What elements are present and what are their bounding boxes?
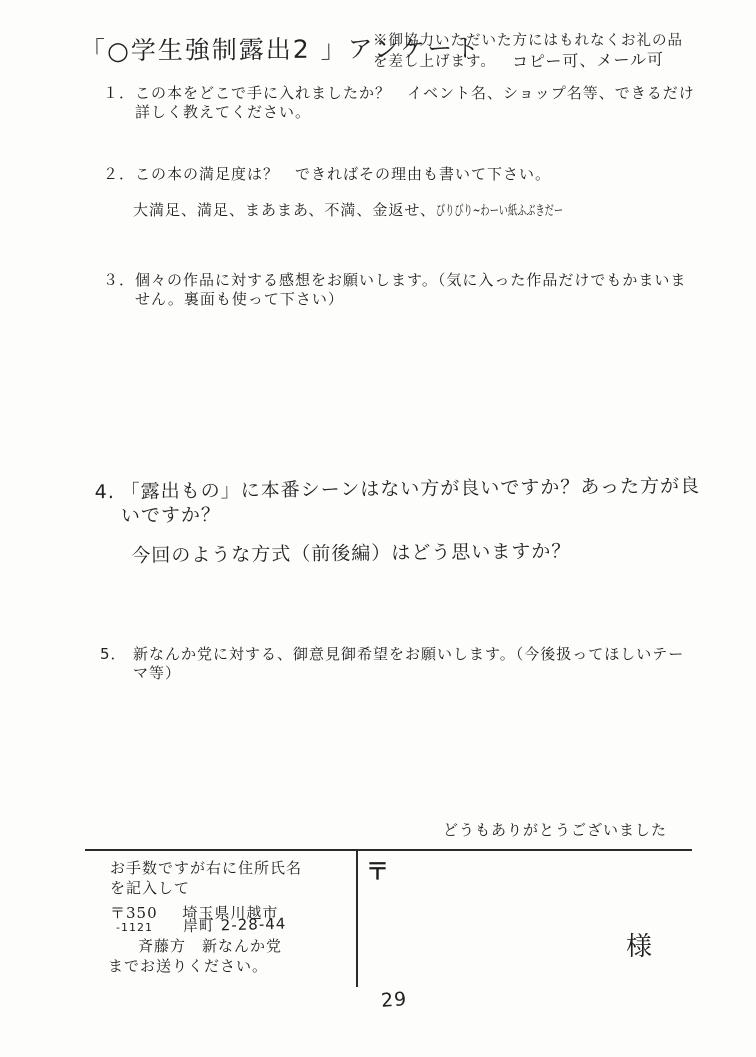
mailing-instruction: お手数ですが右に住所氏名 を記入して <box>110 858 302 898</box>
street-handwritten: 岸町 2-28-44 <box>183 913 287 937</box>
reward-note-handwritten: コピー可、メール可 <box>512 50 664 73</box>
reward-note: ※御協力いただいた方にはもれなくお礼の品 を差し上げます。コピー可、メール可 <box>373 31 693 72</box>
question-3-text: 個々の作品に対する感想をお願いします。（気に入った作品だけでもかまいません。裏面… <box>135 271 695 309</box>
question-2-text: この本の満足度は？ できればその理由も書いて下さい。 <box>135 165 695 184</box>
question-4-lines: 「露出もの」に本番シーンはない方が良いですか？あった方が良いですか？ 今回のよう… <box>121 474 702 568</box>
reward-note-line1: ※御協力いただいた方にはもれなくお礼の品 <box>373 31 693 51</box>
page-number: 29 <box>380 988 408 1012</box>
question-2-options-main: 大満足、満足、まあまあ、不満、金返せ、 <box>133 201 436 219</box>
question-1-text: この本をどこで手に入れましたか？ イベント名、ショップ名等、できるだけ詳しく教え… <box>135 84 695 122</box>
question-4-number: 4. <box>95 480 121 504</box>
question-2-number: ２． <box>103 165 135 184</box>
question-4: 4. 「露出もの」に本番シーンはない方が良いですか？あった方が良いですか？ 今回… <box>95 474 716 568</box>
mailing-instruction-line2: を記入して <box>110 878 302 898</box>
question-4-line2: 今回のような方式（前後編）はどう思いますか？ <box>131 538 701 568</box>
question-3: ３． 個々の作品に対する感想をお願いします。（気に入った作品だけでもかまいません… <box>103 271 703 309</box>
honorific-sama: 様 <box>626 926 653 963</box>
mailing-box-divider <box>356 849 358 987</box>
postal-code-printed: 〒350 <box>110 904 158 922</box>
thanks-message: どうもありがとうございました <box>443 819 667 840</box>
question-2: ２． この本の満足度は？ できればその理由も書いて下さい。 <box>103 165 703 184</box>
postal-code-handwritten: -1121 <box>116 921 153 934</box>
reward-note-line2-row: を差し上げます。コピー可、メール可 <box>373 51 693 72</box>
recipient-line: 斉藤方 新なんか党 <box>138 935 282 956</box>
question-5: 5． 新なんか党に対する、御意見御希望をお願いします。（今後扱ってほしいテーマ等… <box>100 645 700 683</box>
question-1-number: １． <box>103 84 135 103</box>
closing-line: までお送りください。 <box>108 955 268 976</box>
question-3-number: ３． <box>103 271 135 290</box>
questionnaire-scan-page: 「○学生強制露出2 」アンケート ※御協力いただいた方にはもれなくお礼の品 を差… <box>0 0 756 1057</box>
question-2-options: 大満足、満足、まあまあ、不満、金返せ、びりびり~わーい紙ふぶきだー <box>133 199 623 220</box>
postal-mark-symbol: 〒 <box>366 853 390 886</box>
mailing-box-top-rule <box>85 849 692 851</box>
question-1: １． この本をどこで手に入れましたか？ イベント名、ショップ名等、できるだけ詳し… <box>103 84 703 122</box>
question-2-options-joke: びりびり~わーい紙ふぶきだー <box>436 199 563 219</box>
question-5-number: 5． <box>100 645 133 664</box>
reward-note-line2: を差し上げます。 <box>373 54 496 70</box>
question-4-line1: 「露出もの」に本番シーンはない方が良いですか？あった方が良いですか？ <box>121 475 701 527</box>
mailing-instruction-line1: お手数ですが右に住所氏名 <box>110 858 302 878</box>
question-5-text: 新なんか党に対する、御意見御希望をお願いします。（今後扱ってほしいテーマ等） <box>133 645 693 683</box>
